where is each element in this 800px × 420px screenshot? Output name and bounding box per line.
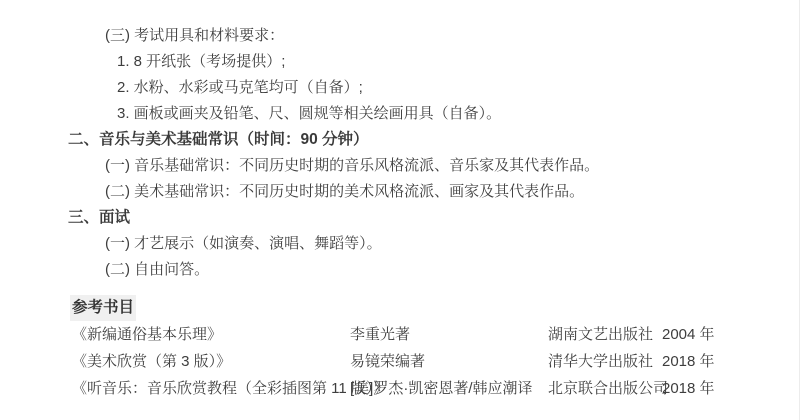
book-title: 《听音乐：音乐欣赏教程（全彩插图第 11 版）》: [72, 375, 350, 402]
book-year: 2018 年: [662, 375, 799, 402]
book-publisher: 湖南文艺出版社: [548, 321, 662, 348]
book-author: [美]罗杰·凯密恩著/韩应潮译: [350, 375, 548, 402]
list-item-drawing-tools: 3. 画板或画夹及铅笔、尺、圆规等相关绘画用具（自备）。: [0, 101, 799, 127]
list-item-paper: 1. 8 开纸张（考场提供）;: [0, 49, 799, 75]
section-heading-music-art-basics: 二、音乐与美术基础常识（时间：90 分钟）: [0, 127, 799, 153]
book-year: 2018 年: [662, 348, 799, 375]
book-publisher: 北京联合出版公司: [548, 375, 662, 402]
book-row: 《听音乐：音乐欣赏教程（全彩插图第 11 版）》 [美]罗杰·凯密恩著/韩应潮译…: [0, 375, 799, 402]
list-item-paints: 2. 水粉、水彩或马克笔均可（自备）;: [0, 75, 799, 101]
book-row: 《美术欣赏（第 3 版）》 易镜荣编著 清华大学出版社 2018 年: [0, 348, 799, 375]
document-body: (三) 考试用具和材料要求： 1. 8 开纸张（考场提供）; 2. 水粉、水彩或…: [0, 0, 799, 402]
sub-item-free-qa: (二) 自由问答。: [0, 257, 799, 283]
document-page: (三) 考试用具和材料要求： 1. 8 开纸张（考场提供）; 2. 水粉、水彩或…: [0, 0, 800, 420]
references-heading-row: 参考书目: [0, 295, 799, 321]
book-year: 2004 年: [662, 321, 799, 348]
sub-item-talent-show: (一) 才艺展示（如演奏、演唱、舞蹈等）。: [0, 231, 799, 257]
book-title: 《美术欣赏（第 3 版）》: [72, 348, 350, 375]
book-author: 易镜荣编著: [350, 348, 548, 375]
section-heading-interview: 三、面试: [0, 205, 799, 231]
book-publisher: 清华大学出版社: [548, 348, 662, 375]
book-author: 李重光著: [350, 321, 548, 348]
sub-item-music-basics: (一) 音乐基础常识：不同历史时期的音乐风格流派、音乐家及其代表作品。: [0, 153, 799, 179]
book-row: 《新编通俗基本乐理》 李重光著 湖南文艺出版社 2004 年: [0, 321, 799, 348]
section-heading-exam-tools: (三) 考试用具和材料要求：: [0, 23, 799, 49]
book-title: 《新编通俗基本乐理》: [72, 321, 350, 348]
references-heading: 参考书目: [70, 295, 136, 321]
sub-item-art-basics: (二) 美术基础常识：不同历史时期的美术风格流派、画家及其代表作品。: [0, 179, 799, 205]
